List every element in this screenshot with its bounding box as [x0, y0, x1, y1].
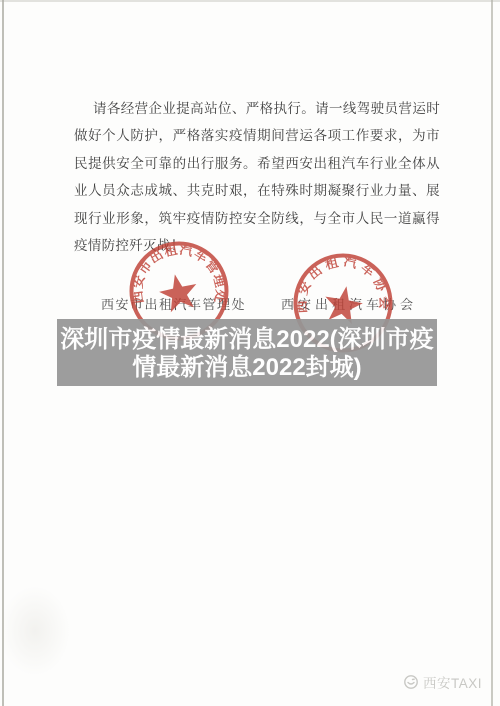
headline-line-2: 情最新消息2022封城): [132, 354, 361, 382]
page-edge-top: [0, 0, 500, 2]
xian-taxi-watermark: 西安TAXI: [403, 672, 482, 692]
paper-smudge: [0, 586, 70, 676]
stamp-star-icon: [156, 270, 201, 313]
document-page: 请各经营企业提高站位、严格执行。请一线驾驶员营运时做好个人防护，严格落实疫情期间…: [0, 0, 500, 706]
watermark-label: 西安TAXI: [423, 672, 482, 692]
headline-overlay: 深圳市疫情最新消息2022(深圳市疫 情最新消息2022封城): [57, 319, 437, 386]
headline-line-1: 深圳市疫情最新消息2022(深圳市疫: [60, 326, 433, 354]
page-edge-right: [491, 0, 493, 706]
xian-taxi-logo-icon: [403, 674, 419, 690]
